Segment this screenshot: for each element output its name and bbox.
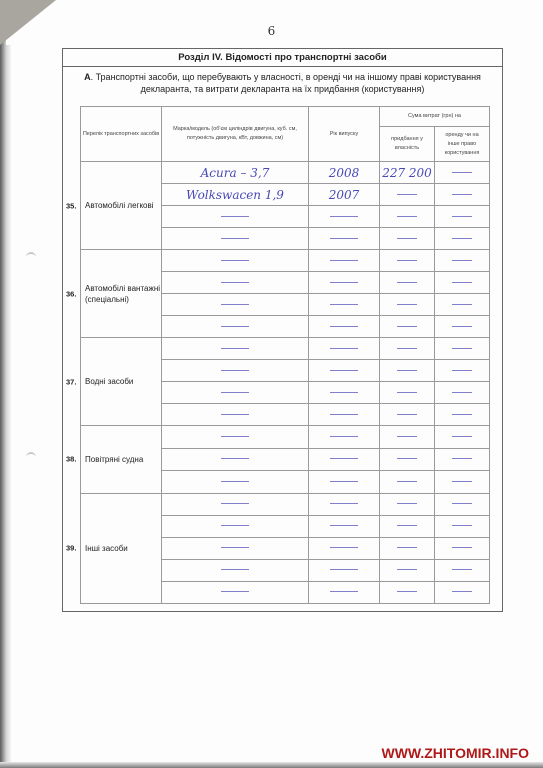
handwritten-dash [452, 525, 472, 526]
purchase-cell [380, 382, 435, 404]
handwritten-year: 2007 [329, 188, 360, 202]
subheading-line2: декларанта, та витрати декларанта на їх … [141, 84, 425, 94]
handwritten-dash [221, 370, 249, 371]
purchase-cell [380, 360, 435, 382]
handwritten-year: 2008 [329, 166, 360, 180]
category-cell: 36.Автомобілі вантажні (спеціальні) [81, 250, 162, 338]
handwritten-purchase: 227 200 [382, 166, 432, 180]
handwritten-dash [397, 370, 417, 371]
handwritten-dash [330, 481, 358, 482]
rent-cell [435, 537, 490, 559]
rent-cell [435, 162, 490, 184]
handwritten-dash [452, 569, 472, 570]
handwritten-dash [397, 348, 417, 349]
handwritten-dash [452, 172, 472, 173]
purchase-cell [380, 559, 435, 581]
handwritten-dash [397, 591, 417, 592]
category-label: Інші засоби [85, 544, 128, 553]
handwritten-dash [452, 503, 472, 504]
rent-cell [435, 382, 490, 404]
handwritten-dash [221, 304, 249, 305]
year-cell [309, 360, 380, 382]
year-cell [309, 316, 380, 338]
model-cell [162, 471, 309, 494]
handwritten-dash [452, 194, 472, 195]
year-cell [309, 426, 380, 449]
year-cell [309, 272, 380, 294]
rent-cell [435, 272, 490, 294]
purchase-cell [380, 426, 435, 449]
model-cell [162, 316, 309, 338]
header-rent: оренду чи на інше право користування [435, 127, 490, 162]
year-cell [309, 559, 380, 581]
category-label: Повітряні судна [85, 455, 143, 464]
category-cell: 37.Водні засоби [81, 338, 162, 426]
handwritten-dash [221, 326, 249, 327]
handwritten-dash [397, 458, 417, 459]
purchase-cell [380, 581, 435, 603]
model-cell [162, 581, 309, 603]
rent-cell [435, 471, 490, 494]
section-box: Розділ IV. Відомості про транспортні зас… [62, 48, 503, 612]
purchase-cell [380, 272, 435, 294]
handwritten-dash [452, 238, 472, 239]
punch-hole-icon [26, 252, 36, 260]
handwritten-dash [330, 569, 358, 570]
model-cell [162, 537, 309, 559]
header-year: Рік випуску [309, 107, 380, 162]
subheading-line1: . Транспортні засоби, що перебувають у в… [91, 72, 481, 82]
handwritten-dash [330, 525, 358, 526]
purchase-cell [380, 515, 435, 537]
handwritten-dash [452, 370, 472, 371]
handwritten-dash [221, 216, 249, 217]
handwritten-dash [452, 304, 472, 305]
category-cell: 35.Автомобілі легкові [81, 162, 162, 250]
handwritten-dash [330, 458, 358, 459]
vehicles-table: Перелік транспортних засобів Марка/модел… [80, 106, 490, 604]
purchase-cell [380, 448, 435, 471]
handwritten-dash [397, 238, 417, 239]
purchase-cell: 227 200 [380, 162, 435, 184]
table-row: 37.Водні засоби [81, 338, 490, 360]
section-title: Розділ IV. Відомості про транспортні зас… [63, 49, 502, 67]
handwritten-dash [330, 238, 358, 239]
handwritten-dash [221, 348, 249, 349]
rent-cell [435, 184, 490, 206]
rent-cell [435, 515, 490, 537]
category-number: 38. [66, 454, 76, 465]
year-cell [309, 537, 380, 559]
model-cell [162, 206, 309, 228]
category-number: 36. [66, 288, 76, 299]
category-number: 39. [66, 543, 76, 554]
handwritten-dash [452, 458, 472, 459]
handwritten-dash [397, 414, 417, 415]
handwritten-dash [397, 282, 417, 283]
year-cell: 2007 [309, 184, 380, 206]
handwritten-dash [397, 260, 417, 261]
handwritten-dash [397, 194, 417, 195]
handwritten-dash [330, 370, 358, 371]
handwritten-model: Wolkswacen 1,9 [186, 188, 284, 202]
handwritten-dash [452, 260, 472, 261]
year-cell [309, 493, 380, 515]
handwritten-dash [221, 260, 249, 261]
year-cell [309, 382, 380, 404]
model-cell [162, 404, 309, 426]
table-row: 39.Інші засоби [81, 493, 490, 515]
handwritten-dash [330, 326, 358, 327]
handwritten-dash [330, 436, 358, 437]
scan-bottom-edge [0, 762, 543, 768]
purchase-cell [380, 228, 435, 250]
handwritten-dash [397, 216, 417, 217]
model-cell [162, 426, 309, 449]
year-cell [309, 515, 380, 537]
handwritten-dash [452, 348, 472, 349]
year-cell [309, 581, 380, 603]
handwritten-dash [452, 392, 472, 393]
table-row: 38.Повітряні судна [81, 426, 490, 449]
page-number: 6 [0, 24, 543, 38]
section-subheading: А. Транспортні засоби, що перебувають у … [63, 71, 502, 95]
handwritten-dash [452, 326, 472, 327]
handwritten-dash [330, 260, 358, 261]
handwritten-dash [397, 547, 417, 548]
site-watermark: WWW.ZHITOMIR.INFO [382, 745, 530, 761]
category-number: 35. [66, 200, 76, 211]
model-cell [162, 360, 309, 382]
handwritten-dash [452, 414, 472, 415]
handwritten-dash [221, 591, 249, 592]
year-cell [309, 250, 380, 272]
table-row: 35.Автомобілі легковіAcura – 3,72008227 … [81, 162, 490, 184]
rent-cell [435, 228, 490, 250]
category-cell: 39.Інші засоби [81, 493, 162, 603]
handwritten-dash [397, 436, 417, 437]
year-cell [309, 206, 380, 228]
table-row: 36.Автомобілі вантажні (спеціальні) [81, 250, 490, 272]
purchase-cell [380, 294, 435, 316]
handwritten-dash [452, 436, 472, 437]
handwritten-dash [221, 392, 249, 393]
rent-cell [435, 294, 490, 316]
model-cell [162, 493, 309, 515]
model-cell [162, 338, 309, 360]
handwritten-dash [452, 591, 472, 592]
handwritten-model: Acura – 3,7 [201, 166, 270, 180]
handwritten-dash [452, 282, 472, 283]
category-label: Автомобілі вантажні (спеціальні) [85, 284, 160, 304]
handwritten-dash [397, 569, 417, 570]
year-cell [309, 294, 380, 316]
rent-cell [435, 493, 490, 515]
category-label: Автомобілі легкові [85, 201, 154, 210]
handwritten-dash [330, 304, 358, 305]
model-cell [162, 382, 309, 404]
handwritten-dash [397, 392, 417, 393]
category-number: 37. [66, 376, 76, 387]
folded-corner [0, 0, 56, 45]
model-cell: Wolkswacen 1,9 [162, 184, 309, 206]
model-cell [162, 294, 309, 316]
rent-cell [435, 426, 490, 449]
rent-cell [435, 581, 490, 603]
header-costs: Сума витрат (грн) на [380, 107, 490, 127]
rent-cell [435, 360, 490, 382]
header-purchase: придбання у власність [380, 127, 435, 162]
handwritten-dash [221, 525, 249, 526]
handwritten-dash [221, 458, 249, 459]
handwritten-dash [397, 481, 417, 482]
model-cell [162, 250, 309, 272]
scan-left-shadow [6, 45, 11, 768]
rent-cell [435, 559, 490, 581]
handwritten-dash [330, 348, 358, 349]
rent-cell [435, 250, 490, 272]
year-cell [309, 404, 380, 426]
handwritten-dash [221, 238, 249, 239]
purchase-cell [380, 338, 435, 360]
handwritten-dash [397, 326, 417, 327]
handwritten-dash [221, 569, 249, 570]
purchase-cell [380, 537, 435, 559]
model-cell [162, 272, 309, 294]
handwritten-dash [221, 481, 249, 482]
handwritten-dash [397, 503, 417, 504]
handwritten-dash [330, 282, 358, 283]
rent-cell [435, 206, 490, 228]
handwritten-dash [397, 525, 417, 526]
model-cell: Acura – 3,7 [162, 162, 309, 184]
handwritten-dash [330, 392, 358, 393]
handwritten-dash [221, 282, 249, 283]
handwritten-dash [221, 436, 249, 437]
model-cell [162, 559, 309, 581]
year-cell [309, 471, 380, 494]
handwritten-dash [221, 503, 249, 504]
rent-cell [435, 338, 490, 360]
year-cell [309, 228, 380, 250]
handwritten-dash [330, 591, 358, 592]
model-cell [162, 448, 309, 471]
purchase-cell [380, 316, 435, 338]
header-category: Перелік транспортних засобів [81, 107, 162, 162]
rent-cell [435, 448, 490, 471]
handwritten-dash [330, 503, 358, 504]
handwritten-dash [397, 304, 417, 305]
handwritten-dash [330, 547, 358, 548]
purchase-cell [380, 250, 435, 272]
purchase-cell [380, 404, 435, 426]
punch-hole-icon [26, 452, 36, 460]
handwritten-dash [452, 216, 472, 217]
handwritten-dash [452, 481, 472, 482]
category-label: Водні засоби [85, 377, 133, 386]
purchase-cell [380, 471, 435, 494]
year-cell [309, 338, 380, 360]
year-cell [309, 448, 380, 471]
handwritten-dash [221, 414, 249, 415]
model-cell [162, 228, 309, 250]
model-cell [162, 515, 309, 537]
category-cell: 38.Повітряні судна [81, 426, 162, 494]
handwritten-dash [452, 547, 472, 548]
rent-cell [435, 404, 490, 426]
year-cell: 2008 [309, 162, 380, 184]
rent-cell [435, 316, 490, 338]
handwritten-dash [330, 216, 358, 217]
header-model: Марка/модель (об'єм циліндрів двигуна, к… [162, 107, 309, 162]
purchase-cell [380, 184, 435, 206]
purchase-cell [380, 493, 435, 515]
handwritten-dash [221, 547, 249, 548]
handwritten-dash [330, 414, 358, 415]
purchase-cell [380, 206, 435, 228]
